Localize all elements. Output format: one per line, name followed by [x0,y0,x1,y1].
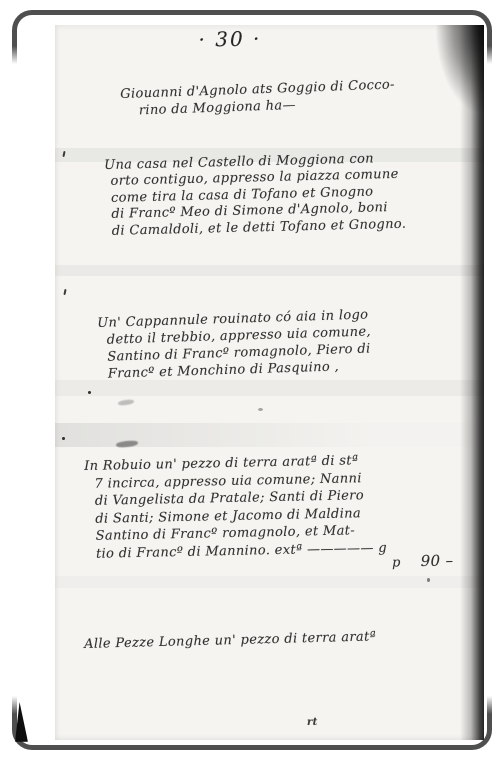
entry-valuation: p90 – [392,551,454,570]
text-line: Alle Pezze Longhe un' pezzo di terra ara… [84,629,376,652]
entry-heading: Giouanni d'Agnolo ats Goggio di Cocco- r… [120,76,396,120]
frame-fade [483,690,499,714]
scan-band [55,380,484,396]
frame-fade [483,46,499,70]
page-number: · 30 · [185,26,275,52]
entry-cappannule: Un' Cappannule rouinato có aia in logo d… [97,306,372,383]
valuation-amount: 90 – [421,551,454,570]
manuscript-page: · 30 · Giouanni d'Agnolo ats Goggio di C… [55,25,484,740]
scan-band [55,265,484,276]
valuation-symbol: p [392,555,401,570]
entry-casa: Una casa nel Castello di Moggiona con or… [104,151,406,240]
ink-speck [62,437,65,440]
entry-terra-robuio: In Robuio un' pezzo di terra aratª di st… [84,452,387,564]
ink-speck [258,408,263,411]
page-gutter-shadow [460,25,484,740]
catchmark: rt [307,717,318,728]
ink-speck [427,578,430,582]
ink-speck [88,391,91,394]
scanned-manuscript-viewer: · 30 · Giouanni d'Agnolo ats Goggio di C… [0,0,501,760]
entry-pezze-longhe: Alle Pezze Longhe un' pezzo di terra ara… [84,629,376,652]
ink-smudge [118,399,135,406]
corner-shadow [436,25,484,113]
ink-speck [63,289,66,295]
scan-band [55,576,484,588]
frame-fade [7,46,23,70]
